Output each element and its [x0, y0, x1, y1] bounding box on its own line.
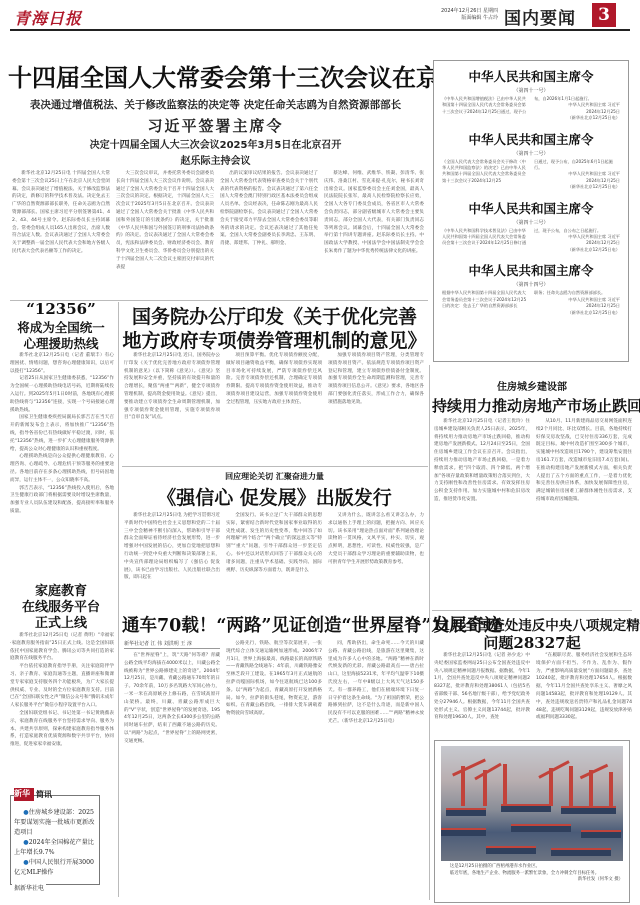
road-column-1: 在“世界屋脊”上，筑“天路”何等难？青藏公路全线平均海拔在4000米以上，川藏公…: [124, 652, 220, 897]
order-text: 《中华人民共和国增值税法》已由中华人民共和国第十四届全国人民代表大会常务委员会第…: [442, 96, 528, 122]
order-source: （新华社北京12月25日电）: [534, 310, 620, 316]
masthead-rule: [10, 29, 630, 31]
road-byline: 新华社记者 江 伟 刘洪明 王 淳: [124, 640, 220, 649]
road-headline[interactable]: 通车70载！“两路”见证创造“世界屋脊”发展奇迹: [122, 612, 427, 637]
lead-headline[interactable]: 十四届全国人大常委会第十三次会议在京闭幕: [8, 58, 423, 93]
boat-icon: [446, 808, 486, 816]
order-title[interactable]: 中华人民共和国主席令: [434, 199, 628, 217]
order-number: （第四十四号）: [434, 281, 628, 288]
road-column-2: 公路先行，铁路、航空等次第展开，一张现代综合立体交通运输网加速形成。2006年7…: [226, 640, 322, 897]
brief-list: ●住房城乡建设部：2025年要谋划实施一批城市更新改造项目 ●2024年全国棉花…: [14, 808, 98, 878]
lead-column-4: 蔡达峰、何维、武维华、铁凝、彭清华、张庆伟、洛桑江村、雪克来提·扎克尔，秘书长刘…: [324, 170, 424, 298]
column-divider: [429, 365, 430, 900]
family-edu-headline-3[interactable]: 正式上线: [6, 612, 116, 631]
state-council-headline-2[interactable]: 地方政府专项债券管理机制的意见》: [122, 326, 427, 353]
order-number: （第四十三号）: [434, 219, 628, 226]
brief-source: 据新华社电: [12, 883, 46, 892]
book-kicker: 回应理论关切 汇聚奋进力量: [122, 471, 427, 482]
order-number: （第四十二号）: [434, 150, 628, 157]
date-line: 2024年12月26日 星期四: [418, 8, 498, 15]
discipline-headline-2[interactable]: 问题28327起: [432, 632, 632, 653]
lead-column-3: 出的议案审议结果的报告。会议表决通过了全国人大常委会代表资格审查委员会关于个别代…: [220, 170, 318, 298]
lead-subhead: 表决通过增值税法、关于修改监察法的决定等 决定任命关志鸥为自然资源部部长: [8, 97, 423, 112]
state-council-column-3: 加强专项债券项目资产管理，分类管理专项债券项目资产。依法规范专项债券项目资产登记…: [328, 352, 424, 460]
housing-kicker: 住房城乡建设部: [432, 378, 632, 393]
order-source: （新华社北京12月25日电）: [534, 115, 620, 121]
column-divider: [118, 302, 119, 897]
discipline-headline[interactable]: 11月全国查处违反中央八项规定精神: [432, 614, 632, 634]
order-text: 《中华人民共和国科学技术普及法》已由中华人民共和国第十四届全国人民代表大会常务委…: [442, 228, 528, 254]
book-column-2: 全国发行。该书立足广大干部群众的思想实际，紧密结合新时代党和国家事业取得的历史性…: [226, 512, 322, 610]
order-title[interactable]: 中华人民共和国主席令: [434, 261, 628, 279]
family-edu-body: 新华社北京12月25日电（记者 黄明）“幸福家·家庭教育服务指南”25日正式上线…: [10, 632, 114, 780]
order-source: （新华社北京12月25日电）: [534, 184, 620, 190]
photo-credit: 新华社发（何华文 摄）: [441, 877, 623, 884]
book-column-1: 新华社北京12月25日电 为把学习贯彻习近平新时代中国特色社会主义思想和党的二十…: [124, 512, 220, 610]
brief-badge: 新华: [14, 788, 30, 799]
order-title[interactable]: 中华人民共和国主席令: [434, 130, 628, 148]
order-text-cont: 日通过，现予公布，自2025年6月1日起施行。: [534, 159, 620, 172]
order-number: （第四十一号）: [434, 87, 628, 94]
order-source: （新华社北京12月25日电）: [534, 247, 620, 253]
state-council-column-2: 项目预算平衡。优化专项债券额度分配，做好项目融资收益平衡，确保专项债券实现项目市…: [226, 352, 322, 460]
order-41: 中华人民共和国主席令 （第四十一号） 《中华人民共和国增值税法》已由中华人民共和…: [434, 61, 628, 122]
discipline-column-1: 新华社北京12月25日电（记者 孙少龙）中央纪委国家监委网站25日公布全国查处违…: [434, 652, 530, 736]
divider: [122, 466, 428, 467]
order-44: 中华人民共和国主席令 （第四十四号） 根据中华人民共和国第十四届全国人民代表大会…: [434, 253, 628, 316]
section-title: 国内要闻: [504, 4, 576, 29]
housing-column-1: 新华社北京12月25日电（记者王优玲）住房城乡建设部相关负责人25日表示，202…: [434, 418, 530, 606]
book-headline[interactable]: 《强信心 促发展》出版发行: [122, 483, 427, 510]
state-council-headline[interactable]: 国务院办公厅印发《关于优化完善: [122, 302, 427, 329]
discipline-column-2: “在履职尽责、服务经济社会发展和生态环境保护方面不担当、不作为、乱作为、假作为，…: [536, 652, 632, 736]
newspaper-logo: 青海日报: [14, 6, 82, 29]
page-number-badge: 3: [592, 3, 616, 27]
brief-item[interactable]: ●2024年全国棉花产量比上年增长9.7%: [14, 838, 98, 858]
brief-item[interactable]: ●住房城乡建设部：2025年要谋划实施一批城市更新改造项目: [14, 808, 98, 838]
hotline-body: 新华社北京12月25日电（记者 董瑞丰）有心理困扰、情绪问题，想咨询心理健康知识…: [10, 352, 114, 592]
order-title[interactable]: 中华人民共和国主席令: [434, 67, 628, 85]
housing-column-2: 从10月、11月新建商品房交易网签面积连续2个月同比、环比双增长。目前，各地持续…: [536, 418, 632, 606]
order-text: 根据中华人民共和国第十四届全国人民代表大会常务委员会第十三次会议于2024年12…: [442, 290, 528, 316]
road-column-3: 同，帮助挤出，命生命死……今天的川藏公路、青藏公路沿线，是旅游在这里聚集，这里成…: [328, 640, 424, 897]
issue-date: 2024年12月26日 星期四 版面编辑 牛占玲: [418, 8, 498, 22]
lead-subhead-date: 决定十四届全国人大三次会议2025年3月5日在北京召开: [8, 136, 423, 151]
lead-column-2: 大三次会议审议，并委托常务委员会副委员长向十四届全国人大三次会议作说明。会议表决…: [116, 170, 214, 298]
lead-subhead-host: 赵乐际主持会议: [8, 152, 423, 167]
order-text: 《全国人民代表大会常务委员会关于修改〈中华人民共和国监察法〉的决定》已由中华人民…: [442, 159, 528, 191]
editor-line: 版面编辑 牛占玲: [418, 15, 498, 22]
photo-caption: 这是12月25日拍摄的广西梧州港赤水作业区。 临近年底，各地生产企业、物流服务一…: [441, 864, 623, 884]
hotline-headline-number[interactable]: “12356”: [6, 300, 116, 318]
port-photo[interactable]: [441, 746, 623, 861]
presidential-orders-box: 中华人民共和国主席令 （第四十一号） 《中华人民共和国增值税法》已由中华人民共和…: [433, 60, 629, 362]
state-council-column-1: 新华社北京12月25日电 近日，国务院办公厅印发《关于优化完善地方政府专项债券管…: [124, 352, 220, 460]
lead-subhead-order: 习近平签署主席令: [8, 115, 423, 136]
book-column-3: 又讲为什么，既讲怎么看又讲怎么办，力求以通俗上手理上的问题，把握方向、回应关切。…: [328, 512, 424, 610]
hotline-headline-2[interactable]: 心理援助热线: [6, 334, 116, 352]
brief-label: 简讯: [36, 789, 52, 800]
lead-column-1: 新华社北京12月25日电 十四届全国人大常委会第十三次会议25日上午在北京人民大…: [12, 170, 110, 298]
order-43: 中华人民共和国主席令 （第四十三号） 《中华人民共和国科学技术普及法》已由中华人…: [434, 191, 628, 254]
brief-item[interactable]: ●中国人民银行开展3000亿元MLF操作: [14, 858, 98, 878]
housing-headline[interactable]: 持续用力推动房地产市场止跌回稳: [432, 395, 632, 416]
divider: [432, 610, 632, 611]
order-42: 中华人民共和国主席令 （第四十二号） 《全国人民代表大会常务委员会关于修改〈中华…: [434, 122, 628, 191]
